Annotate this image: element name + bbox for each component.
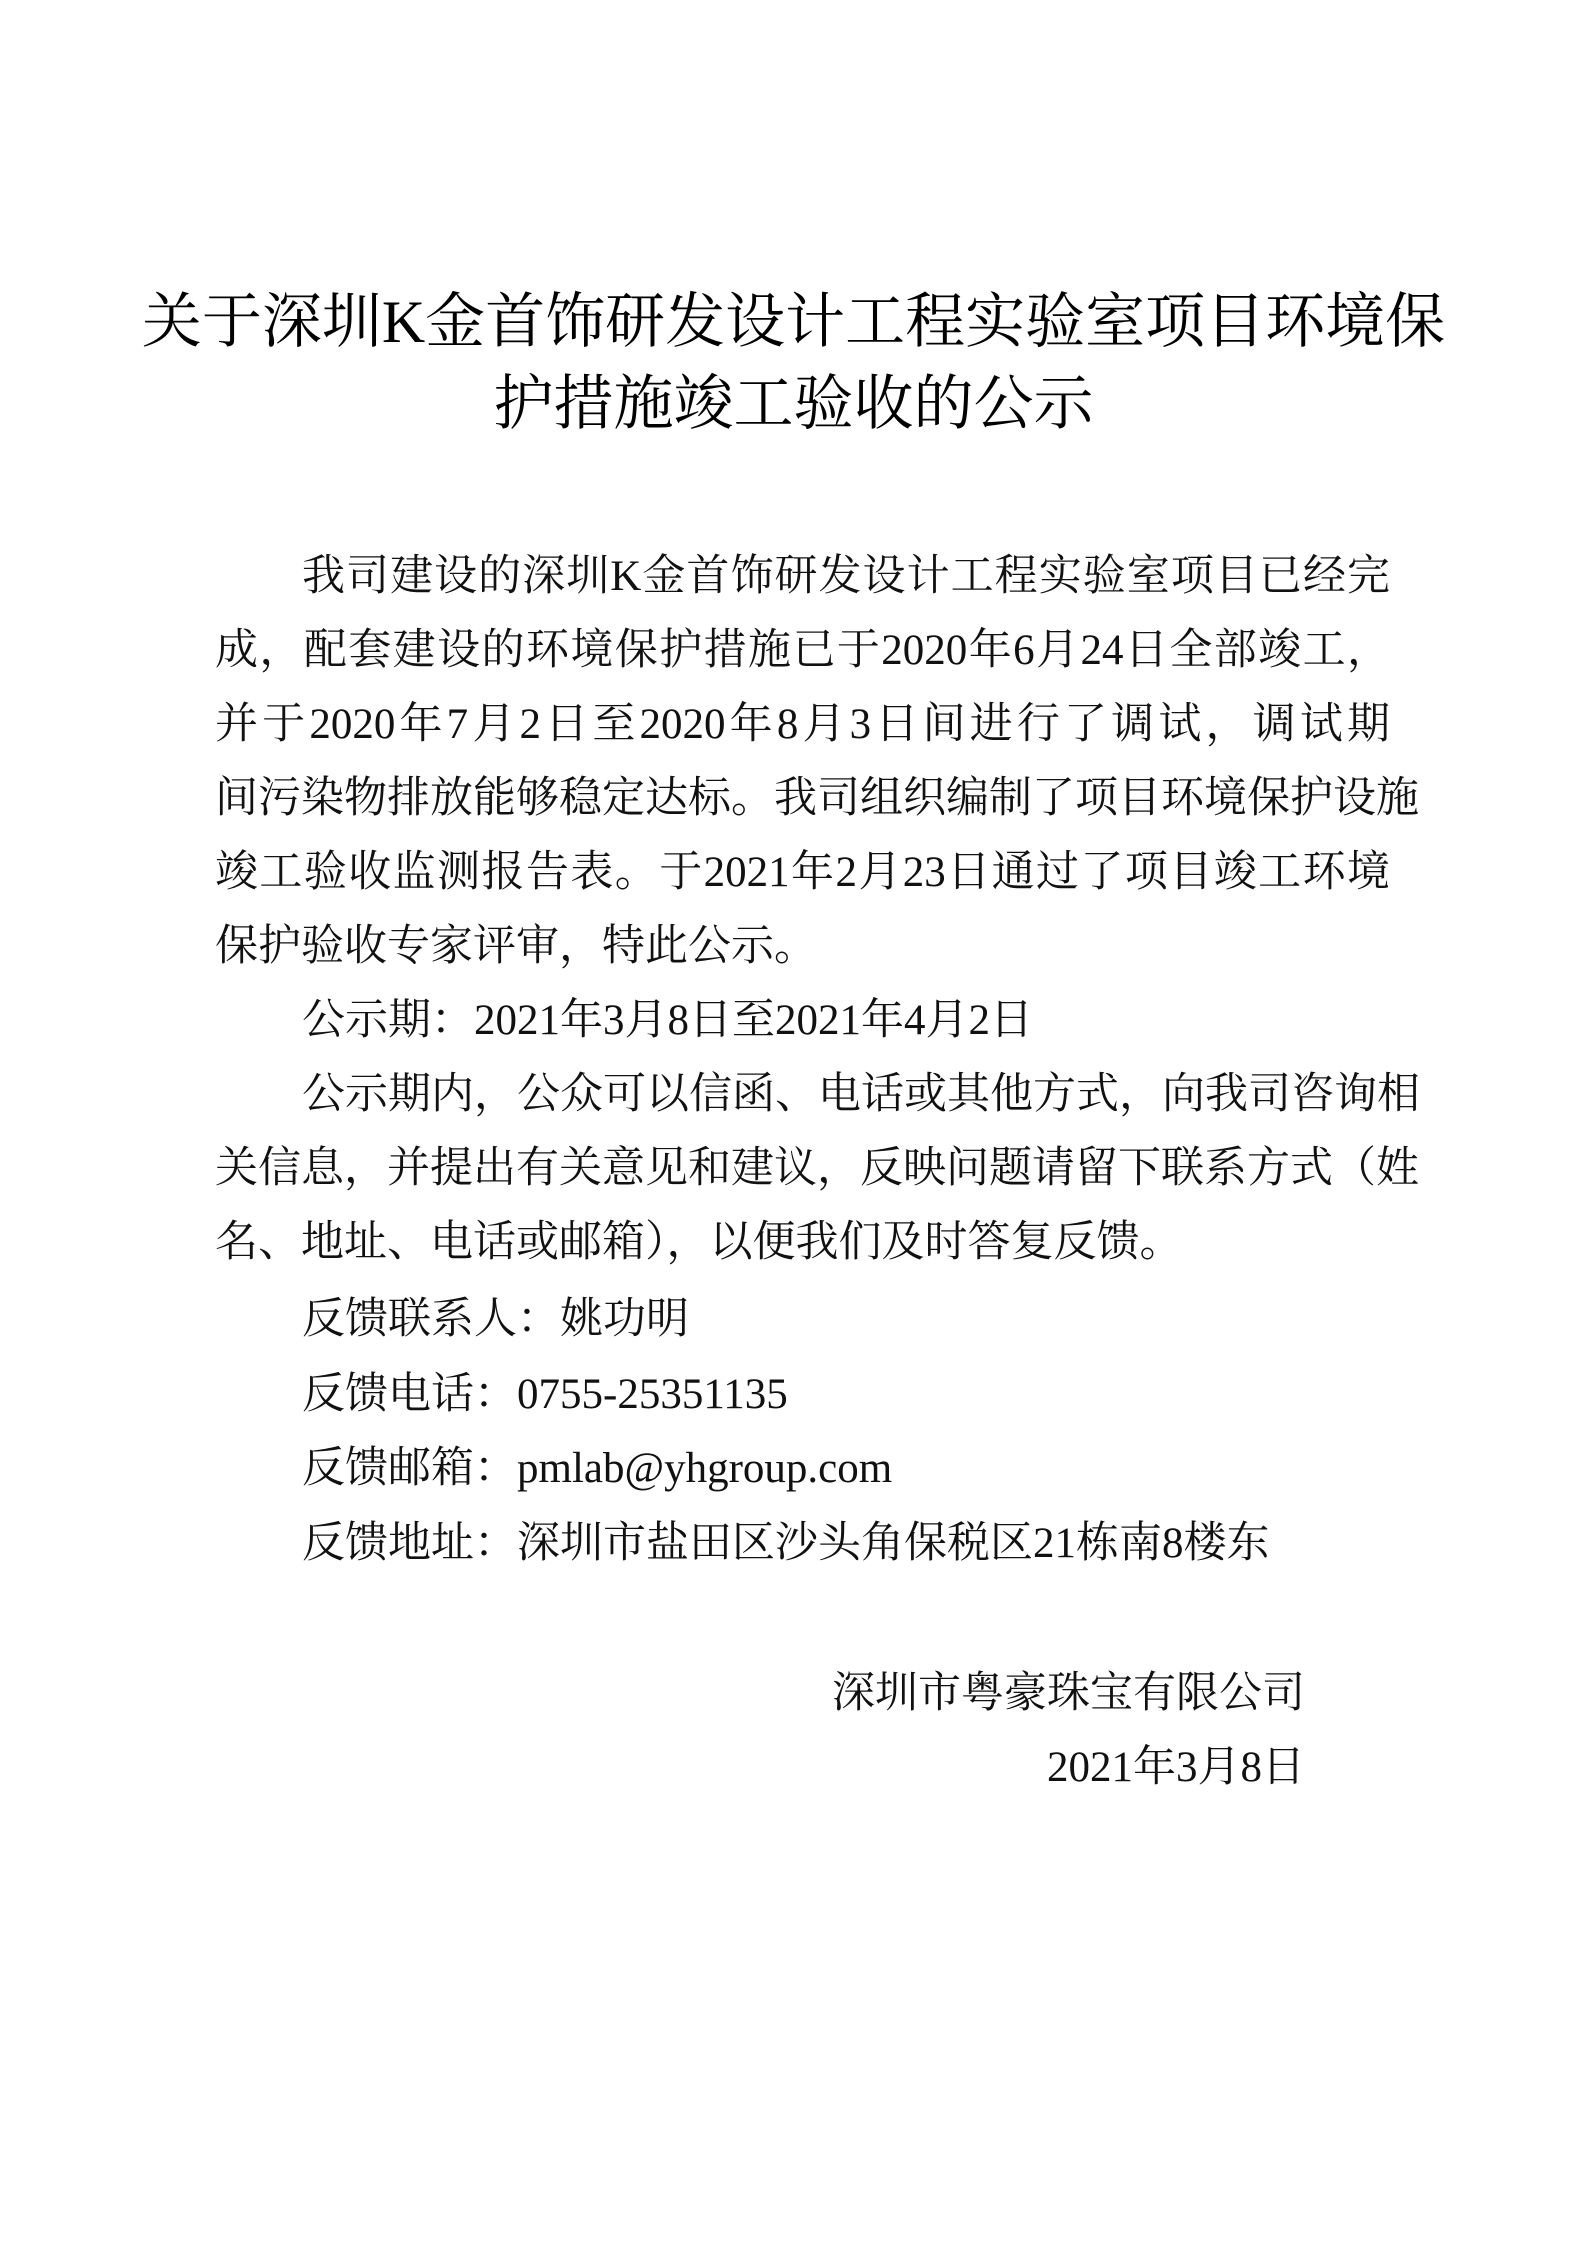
signature-date: 2021年3月8日: [1047, 1746, 1305, 1790]
body-line: 我司建设的深圳K金首饰研发设计工程实验室项目已经完: [215, 555, 1390, 599]
publicity-period: 公示期：2021年3月8日至2021年4月2日: [215, 999, 1390, 1043]
contact-phone-value: 0755-25351135: [517, 1371, 788, 1418]
contact-email-value: pmlab@yhgroup.com: [517, 1445, 892, 1492]
signature-company: 深圳市粤豪珠宝有限公司: [832, 1672, 1305, 1716]
body-line: 间污染物排放能够稳定达标。我司组织编制了项目环境保护设施: [215, 777, 1390, 821]
contact-phone: 反馈电话：0755-25351135: [215, 1373, 1390, 1417]
contact-person-value: 姚功明: [560, 1296, 689, 1343]
publicity-period-value: 2021年3月8日至2021年4月2日: [474, 997, 1033, 1044]
publicity-period-label: 公示期：: [302, 997, 474, 1044]
body-line: 公示期内，公众可以信函、电话或其他方式，向我司咨询相: [215, 1073, 1390, 1117]
body-line: 保护验收专家评审，特此公示。: [215, 925, 1390, 969]
contact-phone-label: 反馈电话：: [302, 1371, 517, 1418]
contact-address-label: 反馈地址：: [302, 1520, 517, 1567]
contact-person-label: 反馈联系人：: [302, 1296, 560, 1343]
contact-address-value: 深圳市盐田区沙头角保税区21栋南8楼东: [517, 1520, 1270, 1567]
contact-person: 反馈联系人：姚功明: [215, 1298, 1390, 1342]
body-line: 成，配套建设的环境保护措施已于2020年6月24日全部竣工，: [215, 629, 1390, 673]
document-title-line-2: 护措施竣工验收的公示: [0, 374, 1587, 434]
body-line: 名、地址、电话或邮箱），以便我们及时答复反馈。: [215, 1221, 1390, 1265]
body-line: 竣工验收监测报告表。于2021年2月23日通过了项目竣工环境: [215, 851, 1390, 895]
contact-email: 反馈邮箱：pmlab@yhgroup.com: [215, 1447, 1390, 1491]
body-line: 并于2020年7月2日至2020年8月3日间进行了调试，调试期: [215, 703, 1390, 747]
contact-address: 反馈地址：深圳市盐田区沙头角保税区21栋南8楼东: [215, 1522, 1390, 1566]
document-page: 关于深圳K金首饰研发设计工程实验室项目环境保 护措施竣工验收的公示 我司建设的深…: [0, 0, 1587, 2245]
document-title-line-1: 关于深圳K金首饰研发设计工程实验室项目环境保: [0, 292, 1587, 352]
body-line: 关信息，并提出有关意见和建议，反映问题请留下联系方式（姓: [215, 1147, 1390, 1191]
contact-email-label: 反馈邮箱：: [302, 1445, 517, 1492]
